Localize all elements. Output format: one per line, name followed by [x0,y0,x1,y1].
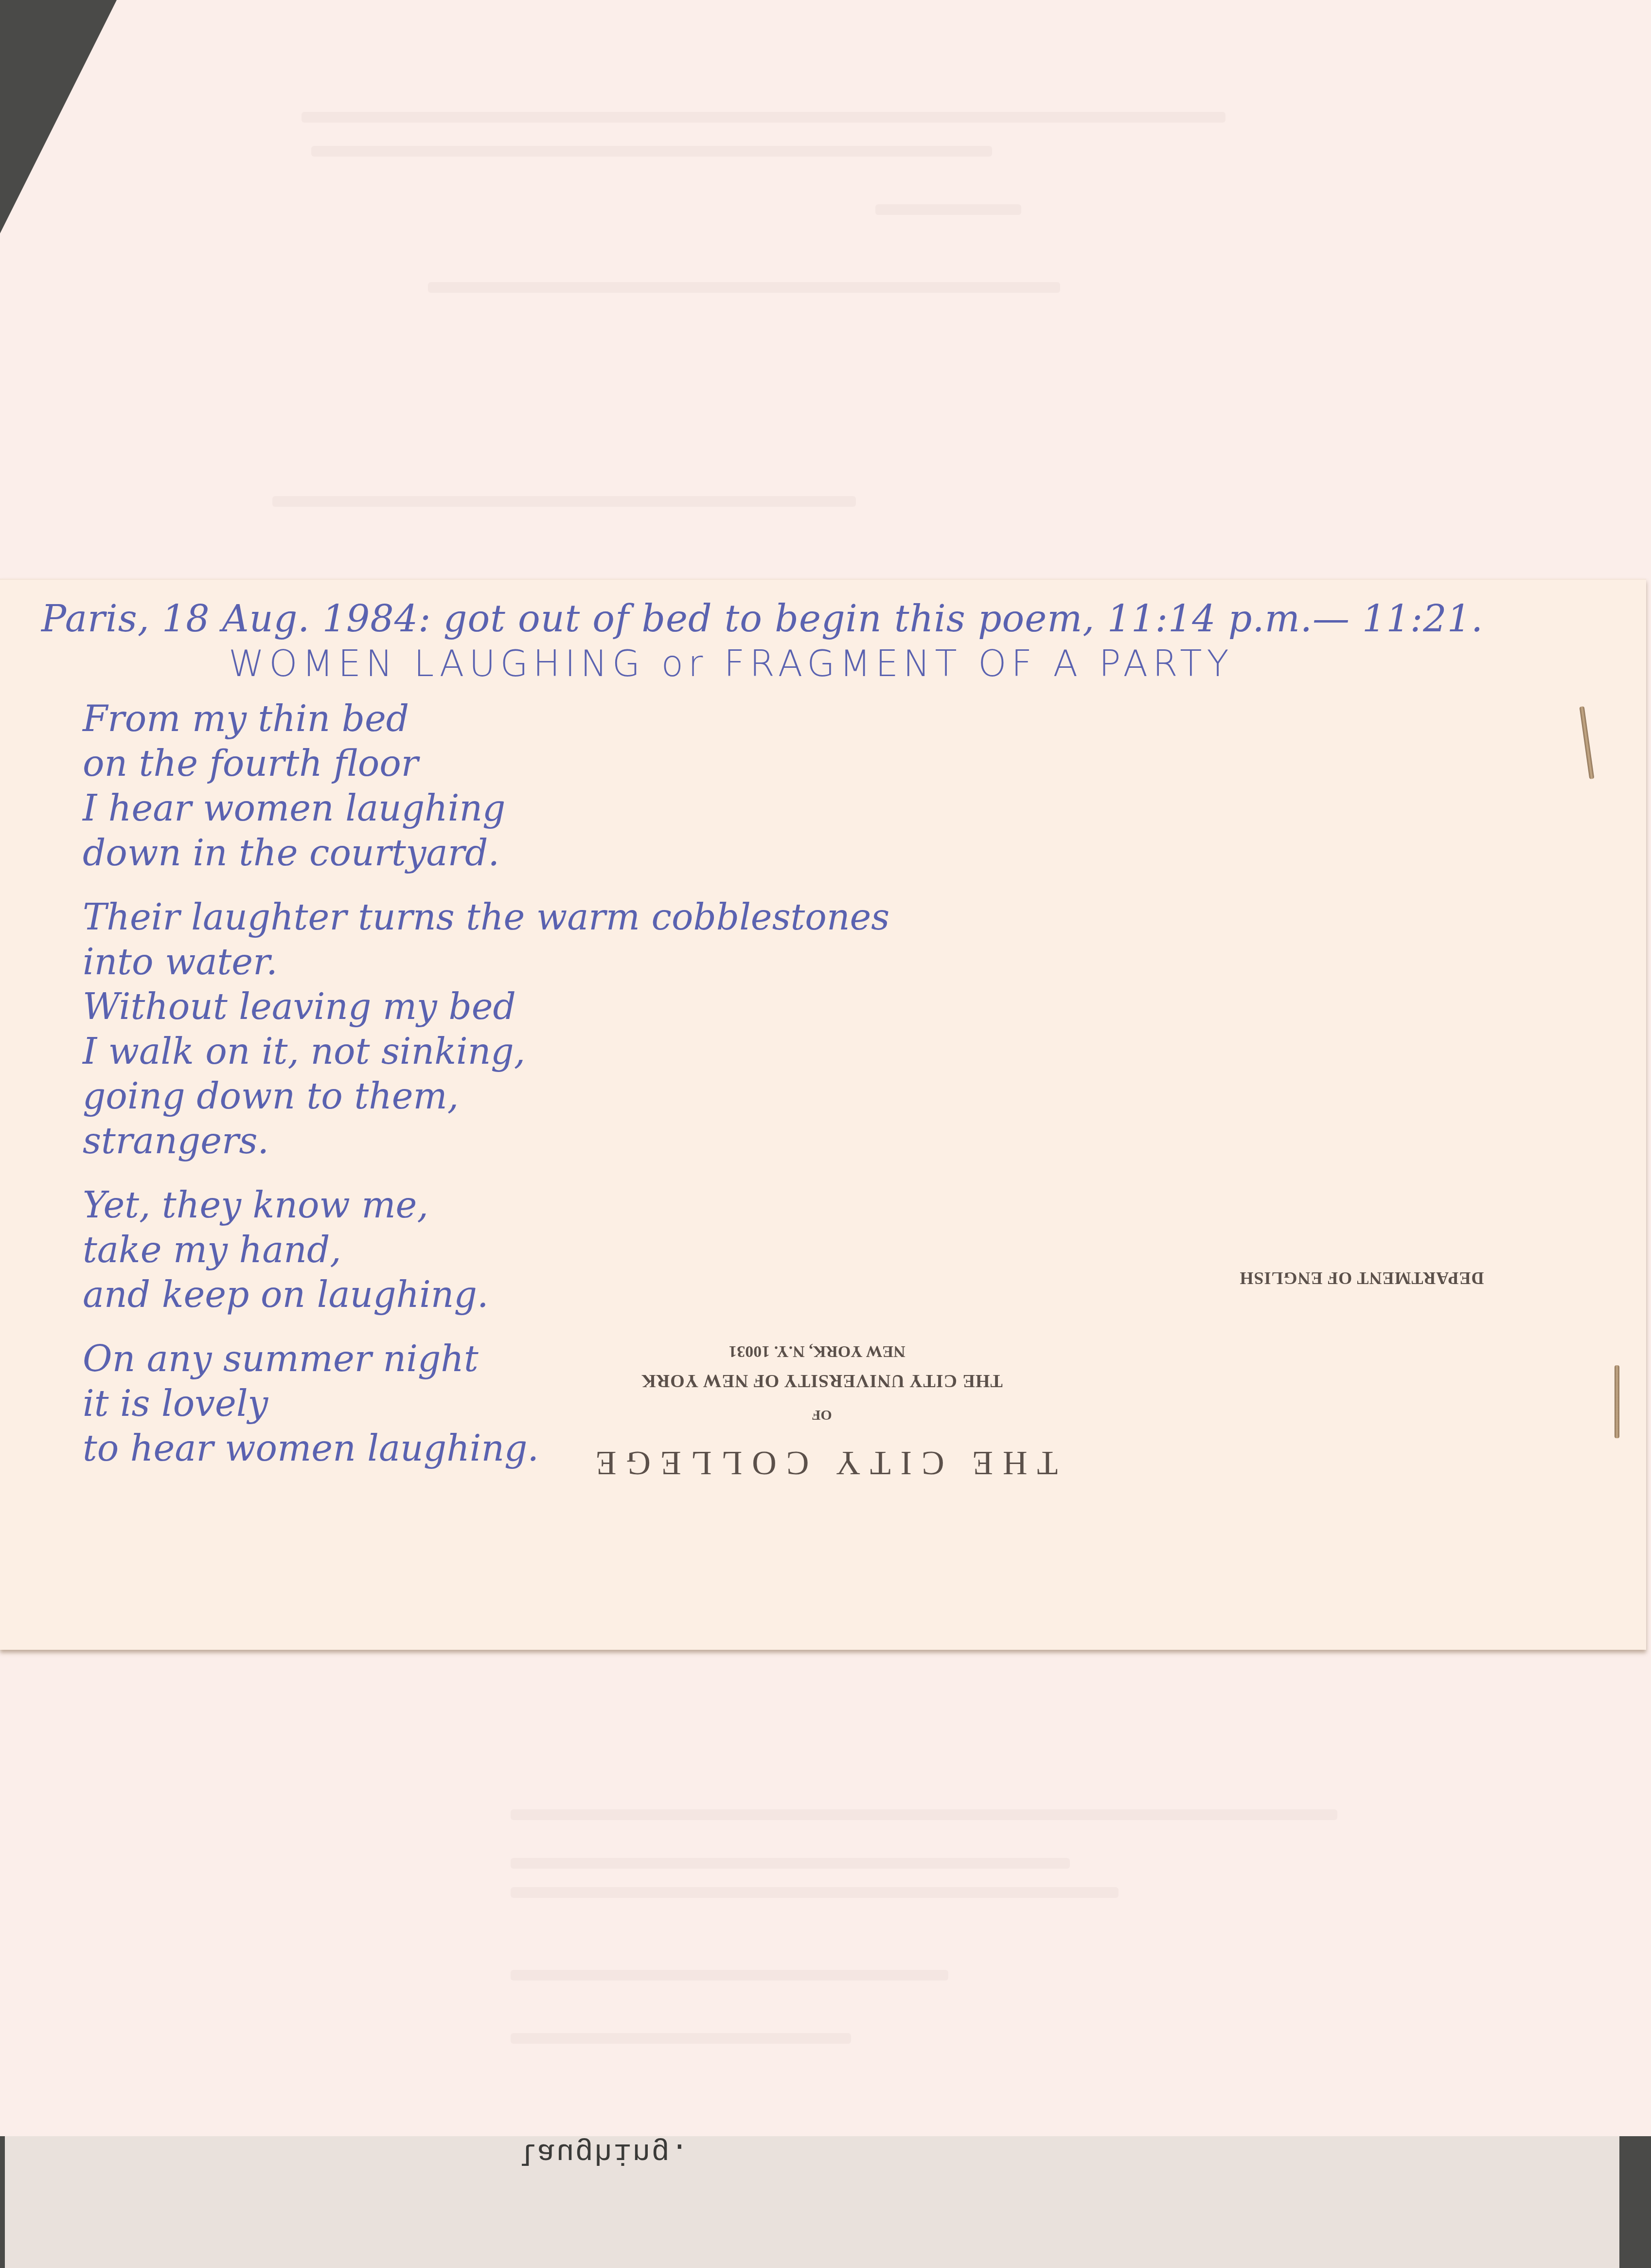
poem-line: going down to them, [83,1074,861,1119]
poem-line: Yet, they know me, [83,1183,861,1228]
show-through-text [272,496,856,507]
staple-icon [1580,706,1595,779]
stanza-gap [83,1163,861,1183]
typed-fragment: laughing. [518,2135,690,2170]
show-through-text [511,1858,1070,1869]
staple-icon [1615,1365,1619,1438]
show-through-text [875,204,1021,215]
poem-line: From my thin bed [83,696,861,741]
letterhead-department: DEPARTMENT OF ENGLISH [1211,1268,1512,1288]
letterhead-card: Paris, 18 Aug. 1984: got out of bed to b… [0,579,1646,1650]
stanza-3: Yet, they know me, take my hand, and kee… [83,1183,861,1317]
poem-line: take my hand, [83,1228,861,1272]
show-through-text [511,1809,1337,1820]
stanza-gap [83,875,861,895]
stanza-2: Their laughter turns the warm cobbleston… [83,895,861,1163]
poem-line: Their laughter turns the warm cobbleston… [83,895,861,940]
poem-line: and keep on laughing. [83,1272,861,1317]
letterhead-university: THE CITY UNIVERSITY OF NEW YORK [588,1370,1055,1392]
typed-manuscript-sheet: laughing. [5,2130,1619,2268]
letterhead-college: THE CITY COLLEGE [574,1443,1070,1482]
poem-line: Without leaving my bed [83,984,861,1029]
poem-line: I hear women laughing [83,786,861,831]
stanza-1: From my thin bed on the fourth floor I h… [83,696,861,875]
show-through-text [511,1887,1118,1898]
poem-line: on the fourth floor [83,741,861,786]
stanza-gap [83,1317,861,1337]
letterhead-of: OF [778,1407,866,1423]
date-note: Paris, 18 Aug. 1984: got out of bed to b… [41,597,1483,640]
poem-line: down in the courtyard. [83,831,861,875]
poem-line: strangers. [83,1119,861,1163]
show-through-text [511,2033,851,2044]
show-through-text [511,1970,948,1981]
show-through-text [302,112,1225,123]
show-through-text [311,146,992,157]
poem-line: I walk on it, not sinking, [83,1029,861,1074]
letterhead-address: NEW YORK, N.Y. 10031 [642,1342,992,1360]
poem-title: WOMEN LAUGHING or FRAGMENT OF A PARTY [229,643,1234,685]
poem-line: into water. [83,940,861,984]
show-through-text [428,282,1060,293]
